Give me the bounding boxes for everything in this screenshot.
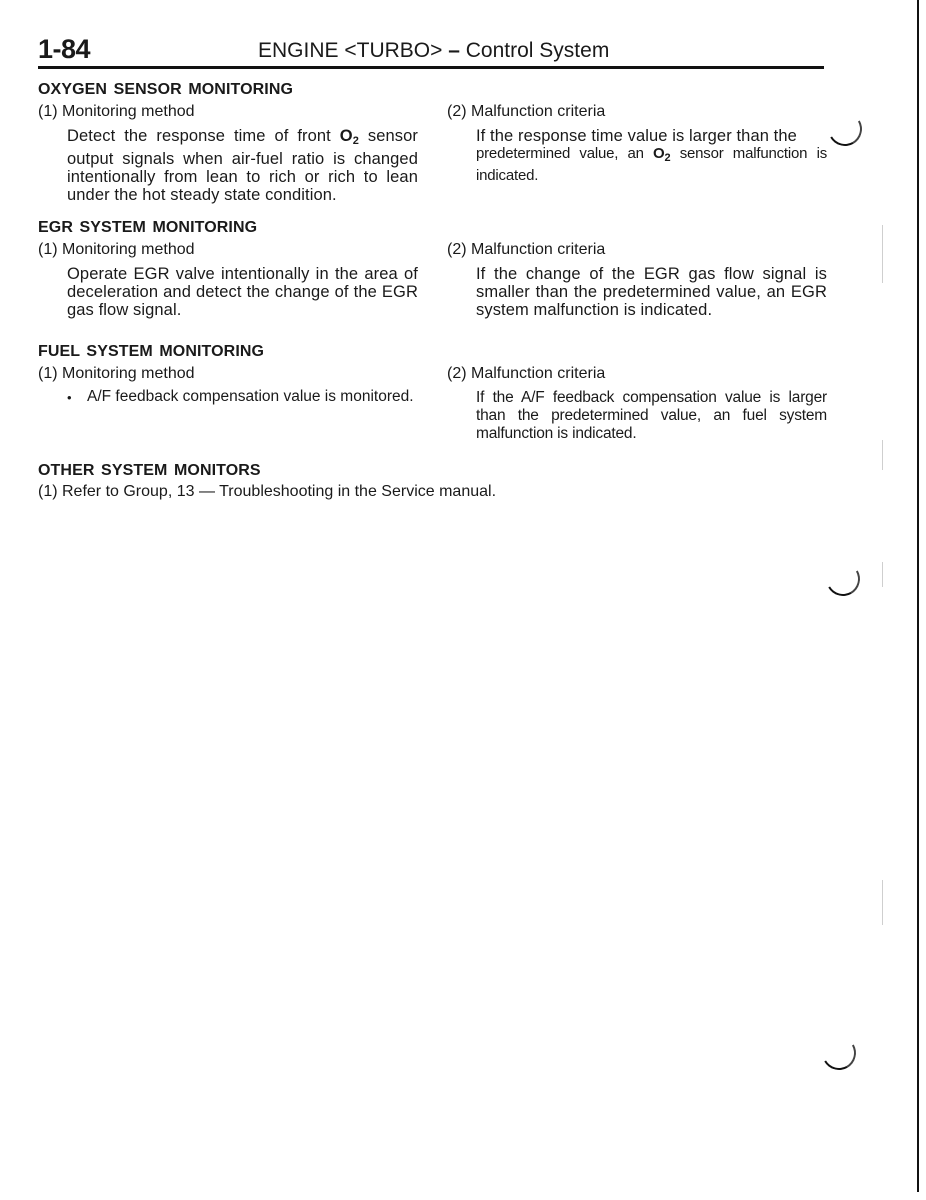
binder-hole-mark-icon [822, 558, 864, 600]
page-right-border [917, 0, 919, 1192]
text: Detect the response time of front [67, 127, 340, 145]
item-label: (1) Monitoring method [38, 102, 418, 122]
item-body-line1: If the response time value is larger tha… [476, 127, 827, 145]
margin-tick [882, 440, 883, 470]
header-rule [38, 66, 824, 69]
item-body: If the A/F feedback compensation value i… [476, 389, 827, 443]
margin-tick [882, 225, 883, 283]
item-body: If the change of the EGR gas flow signal… [476, 265, 827, 319]
section-other-monitors: OTHER SYSTEM MONITORS (1) Refer to Group… [38, 461, 828, 502]
margin-tick [882, 562, 883, 587]
section-oxygen-sensor: OXYGEN SENSOR MONITORING (1) Monitoring … [38, 80, 828, 99]
item-label: (2) Malfunction criteria [447, 240, 827, 260]
o2-letter: O [653, 145, 664, 162]
malfunction-criteria: (2) Malfunction criteria If the change o… [447, 240, 827, 319]
item-label: (1) Monitoring method [38, 240, 418, 260]
o2-letter: O [340, 127, 353, 145]
monitoring-method: (1) Monitoring method • A/F feedback com… [38, 364, 418, 408]
title-suffix: Control System [466, 39, 610, 62]
section-title: OTHER SYSTEM MONITORS [38, 461, 828, 480]
text: predetermined value, an [476, 145, 653, 162]
binder-hole-mark-icon [824, 108, 866, 150]
item-body: predetermined value, an O2 sensor malfun… [476, 145, 827, 185]
monitoring-method: (1) Monitoring method Detect the respons… [38, 102, 418, 204]
section-fuel-system: FUEL SYSTEM MONITORING (1) Monitoring me… [38, 342, 828, 361]
page-header: 1-84 ENGINE <TURBO> – Control System [38, 30, 824, 70]
binder-hole-mark-icon [818, 1032, 860, 1074]
item-body: Detect the response time of front O2 sen… [67, 127, 418, 204]
item-body: Operate EGR valve intentionally in the a… [67, 265, 418, 319]
section-title: OXYGEN SENSOR MONITORING [38, 80, 828, 99]
margin-tick [882, 880, 883, 925]
page-title: ENGINE <TURBO> – Control System [258, 39, 609, 63]
monitoring-method: (1) Monitoring method Operate EGR valve … [38, 240, 418, 319]
o2-symbol: O2 [653, 145, 670, 162]
section-egr-system: EGR SYSTEM MONITORING (1) Monitoring met… [38, 218, 828, 237]
title-prefix: ENGINE <TURBO> [258, 39, 442, 62]
item-text: (1) Refer to Group, 13 — Troubleshooting… [38, 482, 828, 502]
o2-symbol: O2 [340, 127, 359, 145]
malfunction-criteria: (2) Malfunction criteria If the A/F feed… [447, 364, 827, 443]
section-title: EGR SYSTEM MONITORING [38, 218, 828, 237]
page-number: 1-84 [38, 34, 90, 65]
item-label: (1) Monitoring method [38, 364, 418, 384]
section-title: FUEL SYSTEM MONITORING [38, 342, 828, 361]
title-dash: – [448, 39, 460, 62]
item-label: (2) Malfunction criteria [447, 364, 827, 384]
bullet-text: A/F feedback compensation value is monit… [87, 388, 418, 408]
malfunction-criteria: (2) Malfunction criteria If the response… [447, 102, 827, 185]
item-label: (2) Malfunction criteria [447, 102, 827, 122]
bullet-item: • A/F feedback compensation value is mon… [67, 388, 418, 408]
bullet-icon: • [67, 388, 87, 408]
